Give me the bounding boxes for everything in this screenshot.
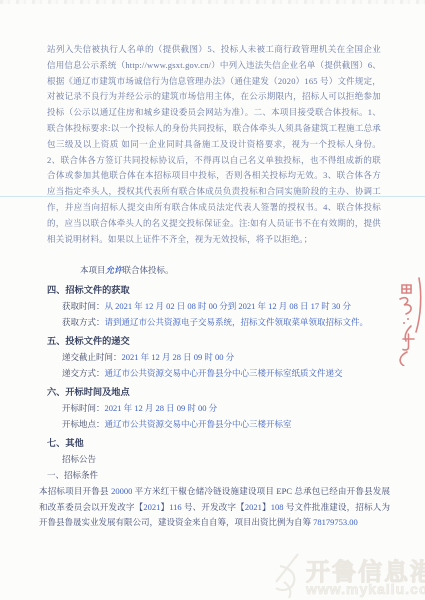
section-heading-document-acquisition: 四、招标文件的获取 xyxy=(47,283,381,299)
submission-method-label: 递交方式： xyxy=(62,368,105,378)
tender-announcement-subtitle: 招标公告 xyxy=(47,452,381,468)
final-para-segment: 】 xyxy=(160,502,169,512)
jv-statement-suffix: 联合体投标。 xyxy=(123,265,174,275)
opening-time-value: 2021 年 12 月 28 日 09 时 00 分 xyxy=(105,403,218,413)
opening-time-row: 开标时间：2021 年 12 月 28 日 09 时 00 分 xyxy=(47,401,381,417)
submission-deadline-value: 2021 年 12 月 28 日 09 时 00 分 xyxy=(122,352,235,362)
section-heading-bid-opening: 六、开标时间及地点 xyxy=(47,385,381,401)
final-para-segment: 】 xyxy=(262,502,271,512)
joint-venture-statement: 本项目允许联合体投标。 xyxy=(47,263,381,279)
acquisition-time-label: 获取时间： xyxy=(62,301,105,311)
tender-conditions-subheading: 一、招标条件 xyxy=(47,468,381,484)
opening-location-label: 开标地点： xyxy=(62,419,105,429)
kailu-portal-logo-icon xyxy=(270,552,304,600)
watermark-title: 开鲁信息港 xyxy=(306,552,425,587)
scan-edge-artifact xyxy=(0,0,425,4)
acquisition-method-row: 获取方式：请到通辽市公共资源电子交易系统，招标文件领取菜单领取招标文件。 xyxy=(47,315,381,331)
final-para-number: 78179753.00 xyxy=(313,517,358,527)
section-heading-bid-submission: 五、投标文件的递交 xyxy=(47,334,381,350)
acquisition-method-label: 获取方式： xyxy=(62,317,105,327)
acquisition-time-value: 从 2021 年 12 月 02 日 08 时 00 分到 2021 年 12 … xyxy=(105,301,352,311)
scanned-tender-document-page: 站列入失信被执行人名单的（提供截图）5、投标人未被工商行政管理机关在全国企业信用… xyxy=(0,0,425,600)
opening-location-row: 开标地点：通辽市公共资源交易中心开鲁县分中心三楼开标室 xyxy=(47,417,381,433)
opening-location-value: 通辽市公共资源交易中心开鲁县分中心三楼开标室 xyxy=(105,419,292,429)
submission-deadline-row: 递交截止时间：2021 年 12 月 28 日 09 时 00 分 xyxy=(47,350,381,366)
site-watermark: 开鲁信息港 www.mykailu.com xyxy=(268,548,425,600)
final-para-number: 2021 xyxy=(143,502,160,512)
jv-statement-prefix: 本项目 xyxy=(80,265,106,275)
opening-time-label: 开标时间： xyxy=(62,403,105,413)
final-para-segment: 本招标项目开鲁县 xyxy=(39,486,111,496)
submission-deadline-label: 递交截止时间： xyxy=(62,352,122,362)
final-para-number: 2021 xyxy=(245,502,262,512)
submission-method-value: 通辽市公共资源交易中心开鲁县分中心三楼开标室纸质文件递交 xyxy=(105,368,343,378)
jv-statement-emphasis: 允许 xyxy=(106,265,123,275)
final-para-segment: 号、开发改字【 xyxy=(182,502,245,512)
acquisition-method-value: 请到通辽市公共资源电子交易系统，招标文件领取菜单领取招标文件。 xyxy=(105,317,369,327)
final-para-number: 20000 xyxy=(111,486,132,496)
watermark-url: www.mykailu.com xyxy=(306,581,425,597)
document-body: 站列入失信被执行人名单的（提供截图）5、投标人未被工商行政管理机关在全国企业信用… xyxy=(47,42,381,531)
final-para-number: 108 xyxy=(271,502,284,512)
tender-conditions-paragraph: 本招标项目开鲁县 20000 平方米红干椒仓储冷链设施建设项目 EPC 总承包已… xyxy=(39,484,390,531)
section-heading-other: 七、其他 xyxy=(47,436,381,452)
bidder-requirements-paragraph: 站列入失信被执行人名单的（提供截图）5、投标人未被工商行政管理机关在全国企业信用… xyxy=(47,42,381,247)
red-handwriting-seal-icon xyxy=(394,276,424,366)
final-para-number: 116 xyxy=(169,502,181,512)
acquisition-time-row: 获取时间：从 2021 年 12 月 02 日 08 时 00 分到 2021 … xyxy=(47,299,381,315)
submission-method-row: 递交方式：通辽市公共资源交易中心开鲁县分中心三楼开标室纸质文件递交 xyxy=(47,366,381,382)
